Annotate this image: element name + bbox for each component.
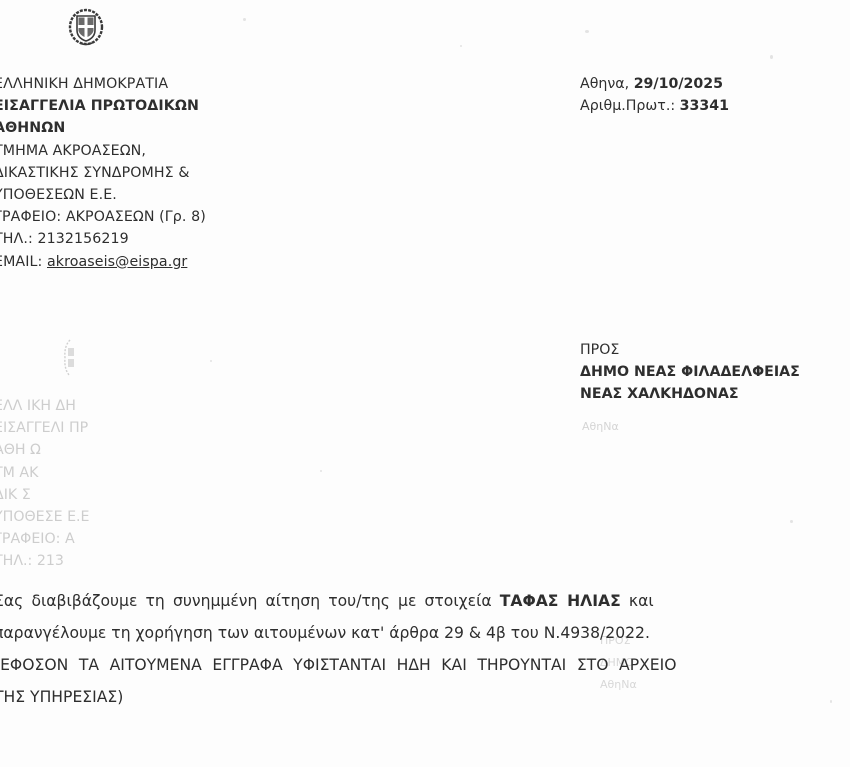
sender-department-line2: ΔΙΚΑΣΤΙΚΗΣ ΣΥΝΔΡΟΜΗΣ & — [0, 162, 206, 184]
sender-department-line1: ΤΜΗΜΑ ΑΚΡΟΑΣΕΩΝ, — [0, 140, 206, 162]
ghost-line: ΕΙΣΑΓΓΕΛΙ ΠΡ — [0, 417, 90, 439]
sender-department-line3: ΥΠΟΘΕΣΕΩΝ Ε.Ε. — [0, 184, 206, 206]
scan-speckle — [585, 30, 589, 33]
bleed-through-text: ΕΛΛ ΙΚΗ ΔΗ ΕΙΣΑΓΓΕΛΙ ΠΡ ΑΘΗ Ω ΤΜ ΑΚ ΔΙΚ … — [0, 395, 90, 573]
sender-office: ΓΡΑΦΕΙΟ: ΑΚΡΟΑΣΕΩΝ (Γρ. 8) — [0, 206, 206, 228]
recipient-block: ΠΡΟΣ ΔΗΜΟ ΝΕΑΣ ΦΙΛΑΔΕΛΦΕΙΑΣ ΝΕΑΣ ΧΑΛΚΗΔΟ… — [580, 339, 800, 405]
protocol-line: Αριθμ.Πρωτ.: 33341 — [580, 95, 729, 117]
date-protocol-block: Αθηνα, 29/10/2025 Αριθμ.Πρωτ.: 33341 — [580, 73, 729, 117]
body-text-end: και — [621, 592, 654, 610]
greek-coat-of-arms-icon — [68, 8, 104, 48]
scan-speckle — [460, 45, 462, 47]
protocol-label: Αριθμ.Πρωτ.: — [580, 98, 680, 114]
sender-email-label: EMAIL: — [0, 254, 47, 270]
ghost-line: ΓΡΑΦΕΙΟ: Α — [0, 528, 90, 550]
sender-country: ΕΛΛΗΝΙΚΗ ΔΗΜΟΚΡΑΤΙΑ — [0, 73, 206, 95]
ghost-emblem-icon — [62, 338, 78, 378]
sender-city: ΑΘΗΝΩΝ — [0, 117, 206, 139]
body-line-2: παρανγέλουμε τη χορήγηση των αιτουμένων … — [0, 617, 850, 649]
letter-body: Σας διαβιβάζουμε τη συνημμένη αίτηση του… — [0, 585, 850, 713]
recipient-line-1: ΔΗΜΟ ΝΕΑΣ ΦΙΛΑΔΕΛΦΕΙΑΣ — [580, 361, 800, 383]
body-line-1: Σας διαβιβάζουμε τη συνημμένη αίτηση του… — [0, 585, 850, 617]
scan-speckle — [210, 360, 212, 362]
body-text-start: Σας διαβιβάζουμε τη συνημμένη αίτηση του… — [0, 592, 500, 610]
sender-phone: ΤΗΛ.: 2132156219 — [0, 228, 206, 250]
sender-block: ΕΛΛΗΝΙΚΗ ΔΗΜΟΚΡΑΤΙΑ ΕΙΣΑΓΓΕΛΙΑ ΠΡΩΤΟΔΙΚΩ… — [0, 73, 206, 273]
scan-speckle — [320, 470, 322, 472]
body-line-3: (ΕΦΟΣΟΝ ΤΑ ΑΙΤΟΥΜΕΝΑ ΕΓΓΡΑΦΑ ΥΦΙΣΤΑΝΤΑΙ … — [0, 649, 850, 681]
place-label: Αθηνα, — [580, 76, 634, 92]
recipient-label: ΠΡΟΣ — [580, 339, 800, 361]
sender-authority: ΕΙΣΑΓΓΕΛΙΑ ΠΡΩΤΟΔΙΚΩΝ — [0, 95, 206, 117]
ghost-line: ΔΙΚ Σ — [0, 484, 90, 506]
scan-speckle — [770, 55, 773, 59]
recipient-line-2: ΝΕΑΣ ΧΑΛΚΗΔΟΝΑΣ — [580, 383, 800, 405]
ghost-line: ΥΠΟΘΕΣΕ Ε.Ε — [0, 506, 90, 528]
ghost-line: ΕΛΛ ΙΚΗ ΔΗ — [0, 395, 90, 417]
date-line: Αθηνα, 29/10/2025 — [580, 73, 729, 95]
applicant-name: ΤΑΦΑΣ ΗΛΙΑΣ — [500, 592, 621, 610]
sender-email-row: EMAIL: akroaseis@eispa.gr — [0, 251, 206, 273]
bleed-through-right: ΑθηΝα — [582, 420, 619, 433]
scan-speckle — [243, 18, 246, 21]
ghost-line: ΤΜ ΑΚ — [0, 462, 90, 484]
protocol-number: 33341 — [680, 98, 729, 114]
scanned-letter-page: ΕΛΛΗΝΙΚΗ ΔΗΜΟΚΡΑΤΙΑ ΕΙΣΑΓΓΕΛΙΑ ΠΡΩΤΟΔΙΚΩ… — [0, 0, 850, 767]
document-date: 29/10/2025 — [634, 76, 723, 92]
sender-email-link[interactable]: akroaseis@eispa.gr — [47, 254, 187, 270]
scan-speckle — [790, 520, 793, 523]
body-line-4: ΤΗΣ ΥΠΗΡΕΣΙΑΣ) — [0, 681, 850, 713]
ghost-line: ΤΗΛ.: 213 — [0, 550, 90, 572]
ghost-line: ΑΘΗ Ω — [0, 439, 90, 461]
